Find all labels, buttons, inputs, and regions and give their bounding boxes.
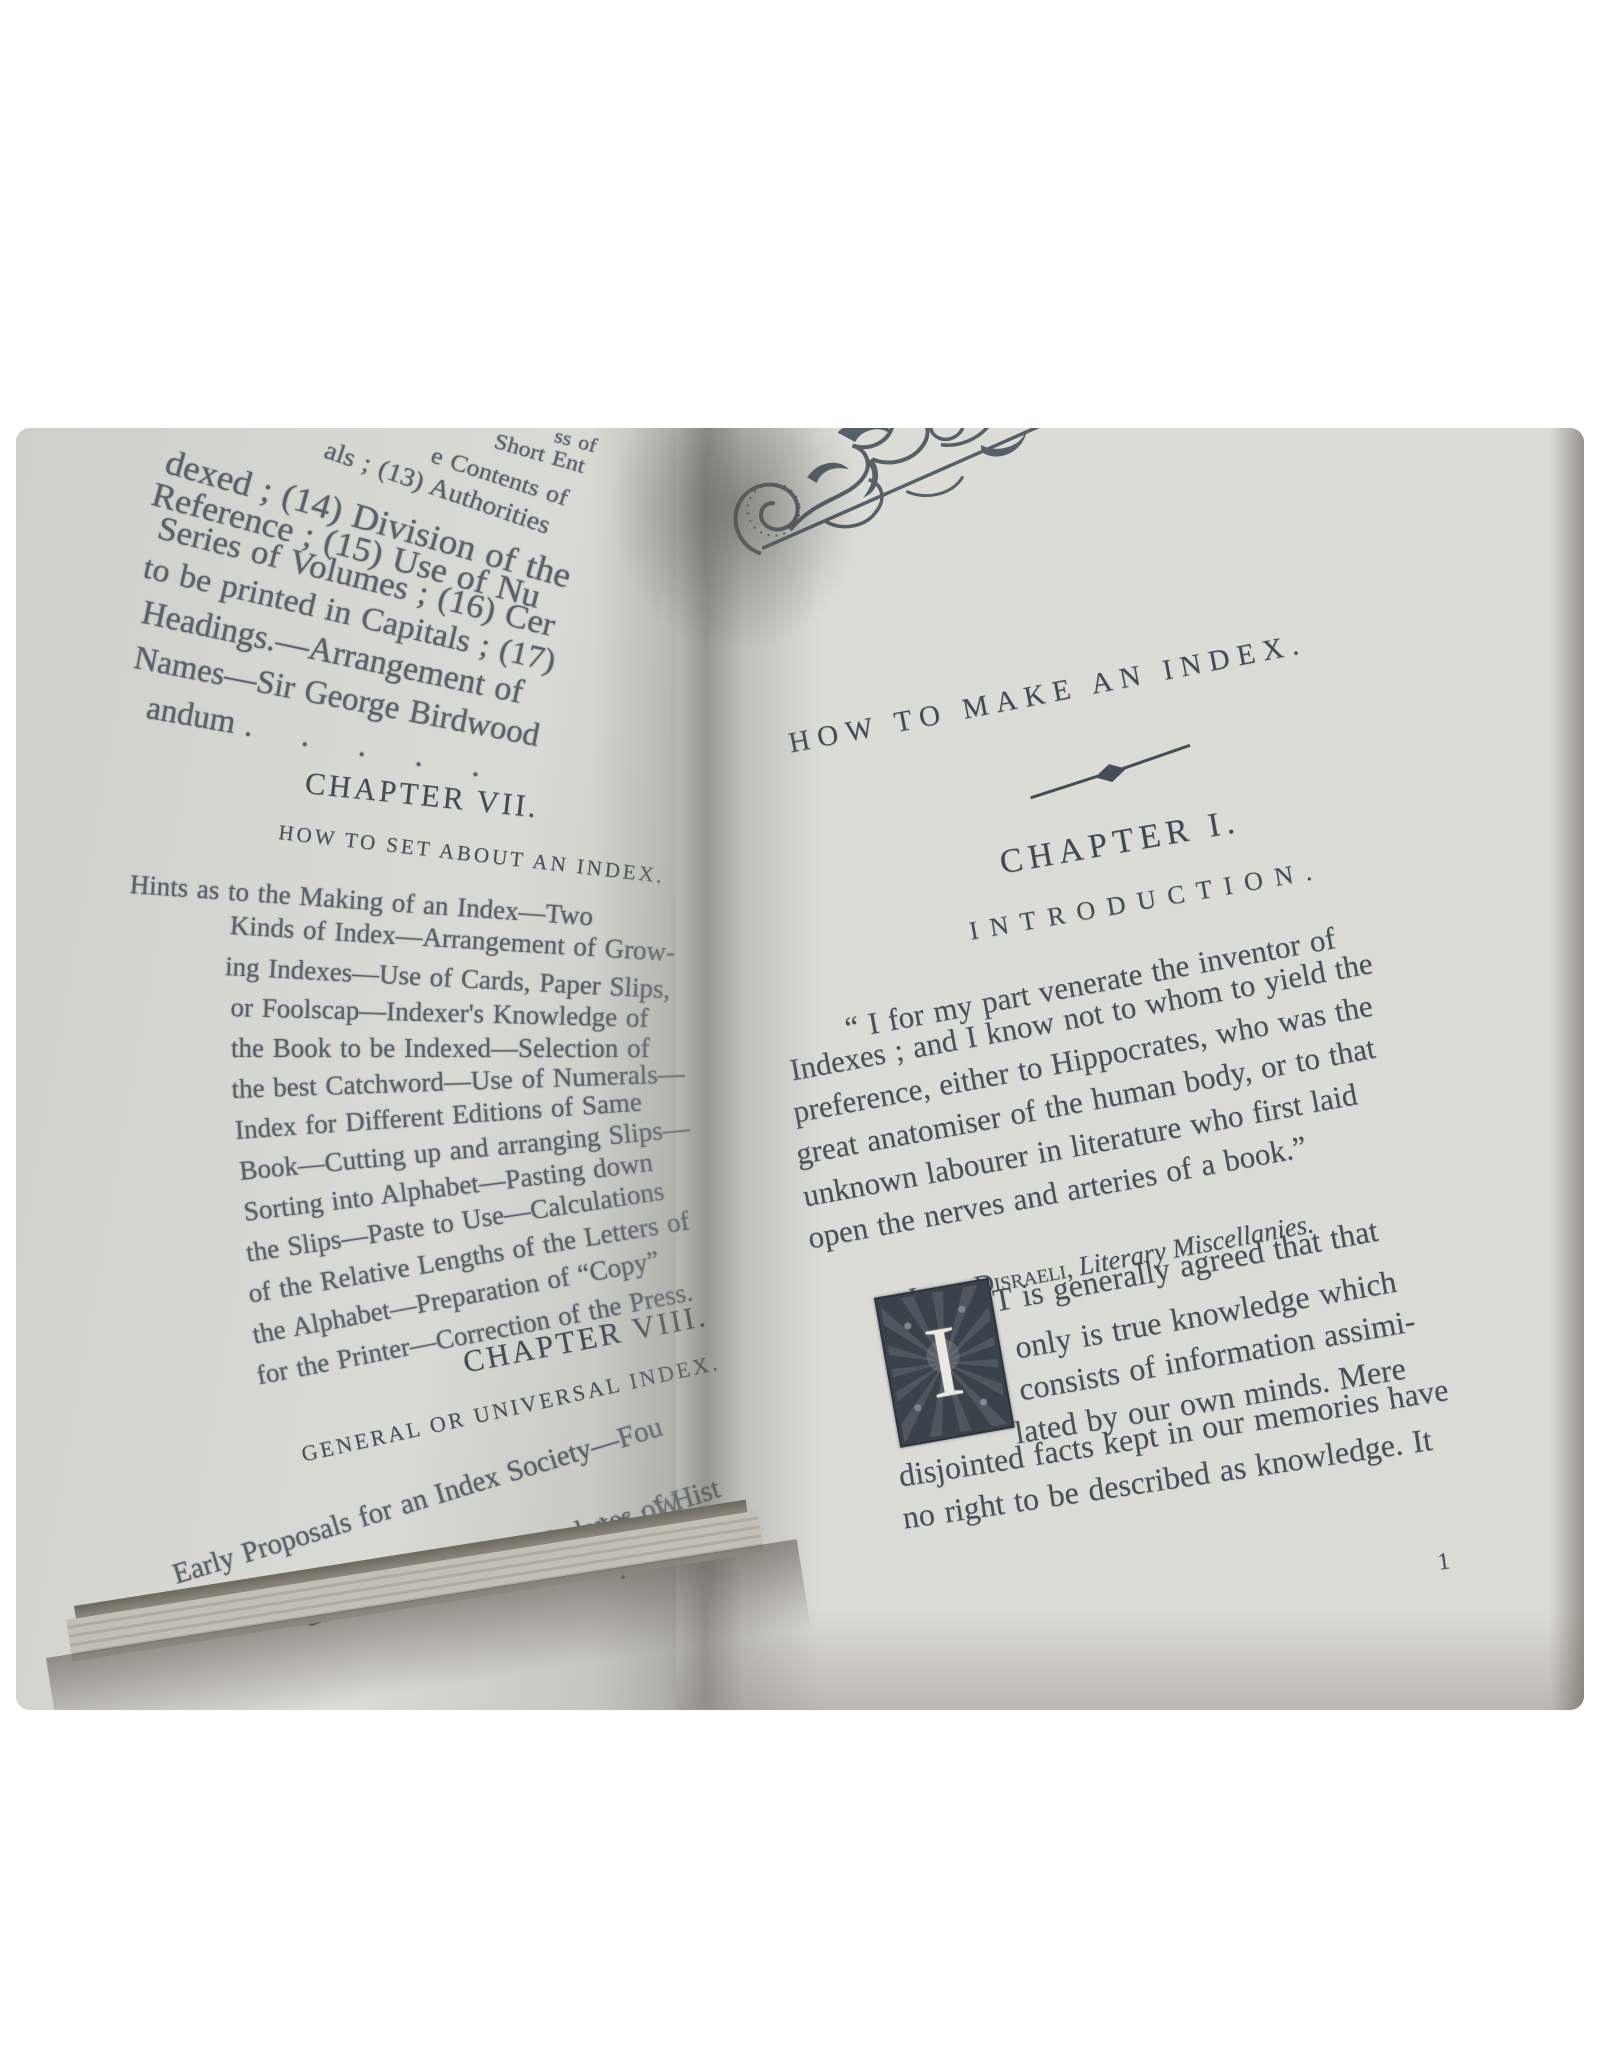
photo-area: HOW TO MAKE AN INDEX. CHAPTER I. INTRODU… — [16, 428, 1584, 1710]
toc-line: the Book to be Indexed—Selection of — [231, 1033, 650, 1064]
book-photograph: HOW TO MAKE AN INDEX. CHAPTER I. INTRODU… — [0, 0, 1600, 2048]
